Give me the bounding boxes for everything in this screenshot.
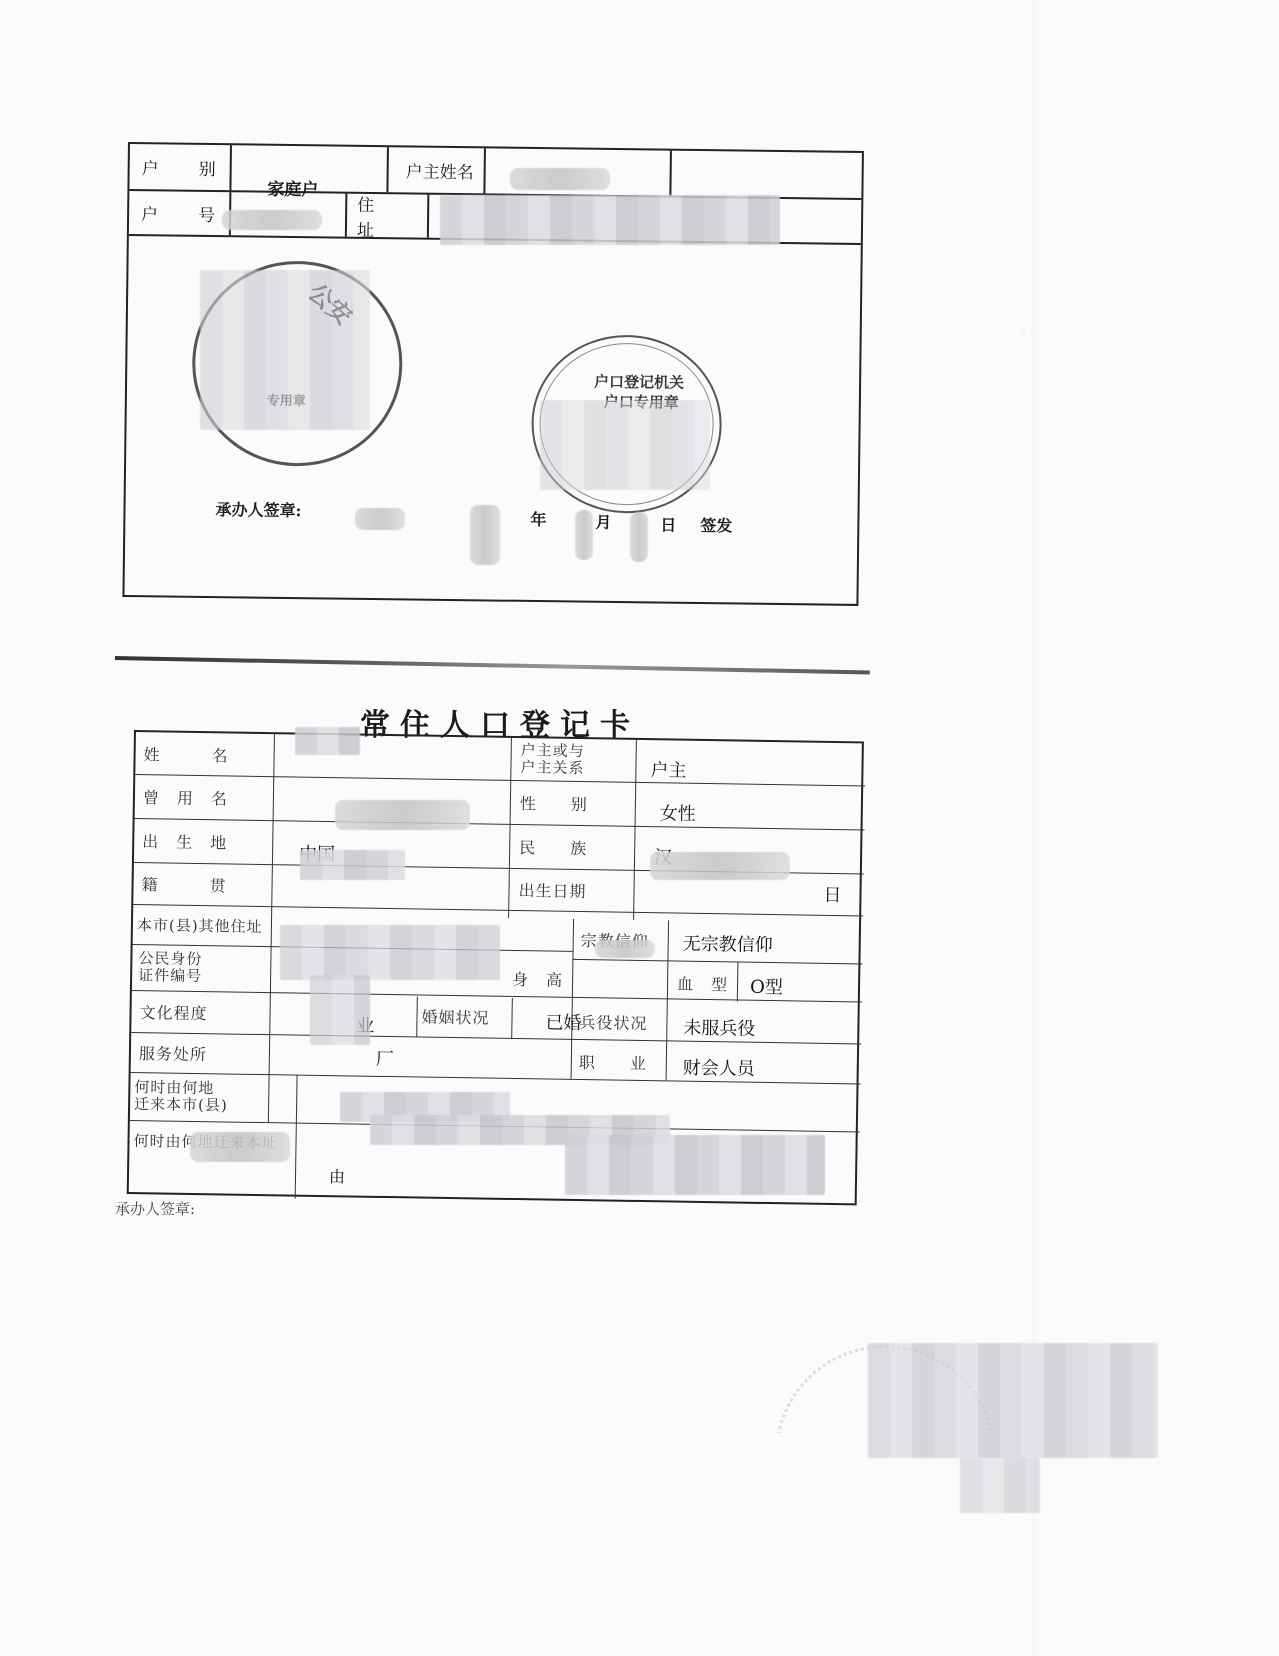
- redacted-sign: [355, 508, 405, 530]
- marital-status-label: 婚姻状况: [421, 995, 512, 1038]
- divider: [427, 195, 430, 238]
- card-handler-signature-label: 承办人签章:: [115, 1198, 195, 1219]
- divider: [508, 738, 512, 918]
- workplace-label: 服务处所: [139, 1032, 265, 1074]
- redacted-head-name: [510, 168, 610, 190]
- native-place-label: 籍 贯: [141, 862, 267, 906]
- ethnicity-label: 民 族: [519, 824, 630, 870]
- moved-to-city-label-line2: 迁来本市(县): [134, 1096, 294, 1116]
- divider: [633, 740, 637, 920]
- occupation-label: 职 业: [579, 1041, 665, 1082]
- divider: [229, 145, 232, 190]
- redacted-day: [630, 512, 648, 562]
- redacted-stamp-right: [540, 400, 710, 490]
- head-name-label: 户主姓名: [393, 147, 486, 193]
- divider: [416, 996, 418, 1036]
- former-name-label: 曾 用 名: [143, 774, 269, 820]
- redacted-birth-date: [650, 852, 790, 880]
- relation-value: 户主: [650, 748, 851, 793]
- gender-value: 女性: [659, 790, 850, 837]
- redacted-id-number: [280, 925, 500, 980]
- address-label: 住 址: [345, 194, 428, 238]
- blood-type-label: 血 型: [677, 963, 738, 1004]
- year-label: 年: [530, 507, 546, 530]
- redacted-height: [595, 940, 655, 958]
- redacted-birthplace: [335, 800, 470, 830]
- month-label: 月: [595, 510, 611, 533]
- name-label: 姓 名: [143, 732, 269, 776]
- stamp-line-1: 户口登记机关: [594, 372, 684, 393]
- household-number-label-text: 户 号: [141, 200, 217, 226]
- military-status-label: 兵役状况: [579, 1001, 665, 1042]
- redacted-card-date: [565, 1135, 825, 1195]
- redacted-address: [440, 195, 780, 245]
- relation-label-line2: 户主关系: [520, 759, 630, 778]
- issued-label: 签发: [700, 513, 732, 536]
- redacted-watermark-block-small: [960, 1458, 1040, 1513]
- divider: [669, 151, 672, 196]
- redacted-year: [470, 505, 500, 565]
- id-number-label: 公民身份 证件编号: [138, 944, 265, 992]
- redacted-stamp-left: [200, 270, 370, 430]
- household-number-label: 户 号: [129, 191, 230, 235]
- height-label: 身 高: [512, 958, 573, 999]
- military-status-value: 未服兵役: [683, 1007, 854, 1050]
- height-value: [582, 959, 663, 1000]
- redacted-name: [295, 727, 360, 755]
- id-label-line2: 证件编号: [138, 967, 264, 986]
- birth-date-label: 出生日期: [518, 868, 629, 912]
- divider: [483, 148, 486, 193]
- redacted-education-workplace: [310, 975, 370, 1045]
- moved-to-address-value: 由: [329, 1155, 370, 1196]
- redacted-household-number: [222, 210, 322, 230]
- birth-date-day-suffix: 日: [823, 873, 854, 915]
- handler-signature-label: 承办人签章:: [215, 497, 301, 521]
- gender-label: 性 别: [520, 780, 631, 826]
- blood-type-value: O型: [750, 966, 841, 1007]
- redacted-month: [575, 510, 593, 560]
- household-type-label-text: 户 别: [142, 154, 218, 180]
- religion-value: 无宗教信仰: [682, 923, 853, 966]
- education-label: 文化程度: [139, 990, 265, 1034]
- redacted-watermark-block: [868, 1343, 1158, 1458]
- redacted-card-handler: [190, 1132, 290, 1162]
- redacted-native-place: [300, 850, 405, 880]
- address-label-text: 住 址: [357, 190, 416, 241]
- divider: [295, 1075, 298, 1199]
- other-address-label: 本市(县)其他住址: [137, 904, 272, 946]
- marital-status-value: 已婚: [541, 1000, 582, 1043]
- divider: [666, 920, 670, 1080]
- birthplace-label: 出 生 地: [142, 818, 268, 864]
- relation-label: 户主或与 户主关系: [520, 738, 631, 782]
- moved-to-city-label: 何时由何地 迁来本市(县): [134, 1072, 295, 1123]
- household-type-label: 户 别: [129, 144, 230, 190]
- workplace-value: 厂: [376, 1038, 417, 1079]
- day-label: 日: [660, 513, 676, 536]
- household-type-value: 家庭户: [267, 172, 318, 203]
